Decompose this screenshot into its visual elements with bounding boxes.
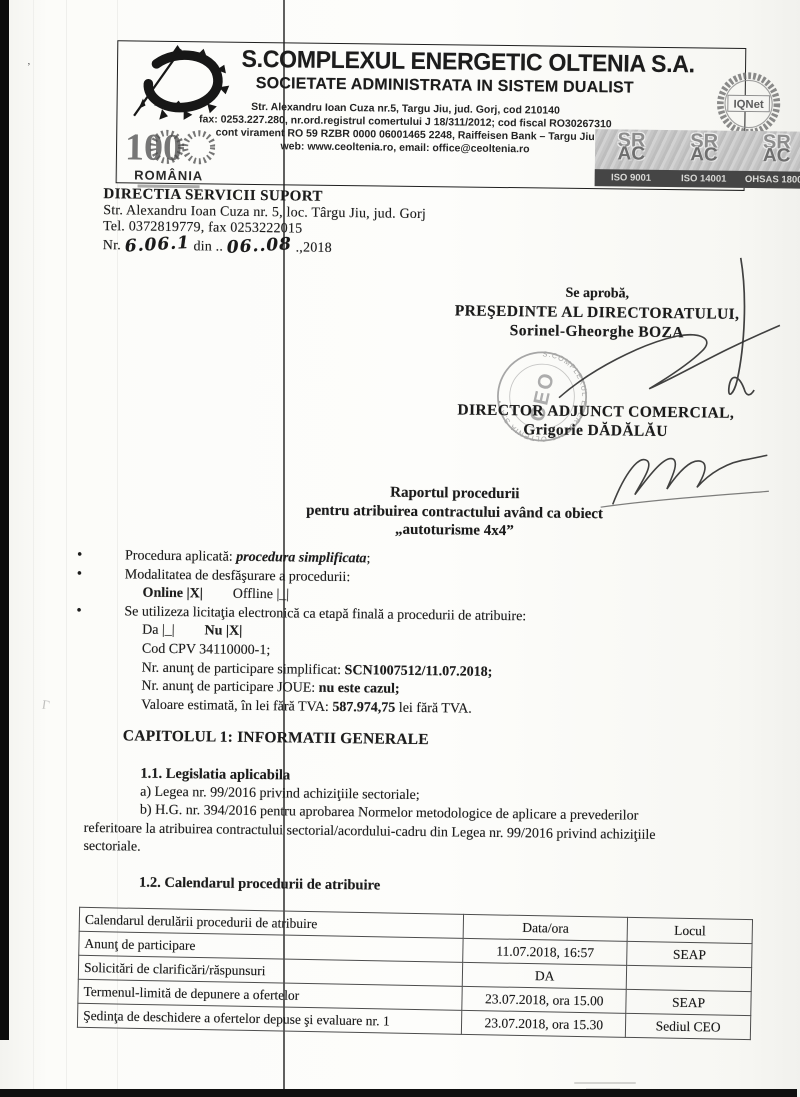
value-suffix: lei fără TVA. [395, 700, 472, 716]
approval-block-director: DIRECTOR ADJUNCT COMERCIAL, Grigorie DĂD… [416, 400, 776, 442]
table-cell: SEAP [626, 989, 751, 1015]
modality-label: Modalitatea de desfăşurare a procedurii: [125, 567, 351, 585]
letterhead-titles: S.COMPLEXUL ENERGETIC OLTENIA S.A. SOCIE… [233, 46, 658, 98]
table-cell: 23.07.2018, ora 15.00 [462, 986, 626, 1013]
nu-checkbox: Nu |X| [204, 624, 242, 639]
notice2-value: nu este cazul; [319, 681, 400, 697]
bullet-icon: • [76, 602, 81, 621]
procedure-label: Procedura aplicată: [125, 548, 236, 564]
table-cell: SEAP [627, 941, 752, 967]
handwritten-date: 06..08 [226, 236, 292, 256]
reg-prefix: Nr. [103, 238, 121, 253]
ohsas-18001-label: OHSAS 18001 [740, 171, 800, 189]
header-cell: Locul [627, 917, 752, 943]
iqnet-label: IQNet [733, 99, 764, 111]
registration-line: Nr. 6.06.1 din .. 06..08 .,2018 [103, 236, 426, 258]
online-checkbox: Online |X| [143, 586, 203, 602]
president-signature [541, 251, 793, 414]
scanned-document-page: ‚ Γ 100 [0, 0, 800, 1097]
value-amount: 587.974,75 [332, 700, 395, 716]
header-cell: Data/ora [463, 914, 627, 941]
document-title: Raportul procedurii pentru atribuirea co… [244, 482, 665, 543]
badge-ac: AC [595, 147, 668, 162]
chapter1-heading: CAPITOLUL 1: INFORMATII GENERALE [57, 727, 747, 754]
letterhead-address: Str. Alexandru Ioan Cuza nr.5, Targu Jiu… [155, 100, 656, 158]
procedure-suffix: ; [366, 551, 370, 566]
procedure-value: procedura simplificata [236, 550, 366, 567]
value-label: Valoare estimată, în lei fără TVA: [141, 697, 332, 714]
iso-labels-bar: ISO 9001 ISO 14001 OHSAS 18001 [595, 169, 800, 189]
calendar-table: Calendarul derulării procedurii de atrib… [77, 907, 753, 1040]
iqnet-badge-icon: IQNet [715, 71, 782, 138]
centenary-label: ROMÂNIA [121, 167, 217, 183]
reg-suffix: .,2018 [296, 240, 332, 255]
company-name: S.COMPLEXUL ENERGETIC OLTENIA S.A. [241, 46, 648, 79]
letterhead-box: 100 ROMÂNIA S.COMPLEXUL ENERGETIC OLTENI… [116, 40, 747, 191]
notice2-label: Nr. anunţ de participare JOUE: [141, 679, 318, 696]
table-cell: 23.07.2018, ora 15.30 [462, 1010, 626, 1037]
iso-14001-label: ISO 14001 [667, 170, 740, 188]
document-body: •Procedura aplicată: procedura simplific… [55, 547, 749, 900]
reg-mid: din .. [193, 239, 223, 254]
da-checkbox: Da |_| [142, 623, 175, 638]
department-block: DIRECTIA SERVICII SUPORT Str. Alexandru … [103, 186, 427, 258]
certification-badges-strip: SR AC SR AC SR AC ISO 9001 ISO 14001 OHS… [595, 129, 800, 189]
badge-ac: AC [668, 148, 741, 163]
section-1-2-title: 1.2. Calendarul procedurii de atribuire [55, 872, 745, 899]
handwritten-number: 6.06.1 [124, 234, 190, 254]
table-cell: Sediul CEO [626, 1013, 751, 1039]
company-subtitle: SOCIETATE ADMINISTRATA IN SISTEM DUALIST [233, 75, 657, 98]
notice1-label: Nr. anunţ de participare simplificat: [142, 660, 345, 677]
table-cell [626, 965, 751, 991]
table-cell: 11.07.2018, 16:57 [463, 938, 627, 965]
table-cell: DA [463, 962, 627, 989]
bullet-icon: • [77, 564, 82, 583]
offline-checkbox: Offline |_| [233, 587, 289, 603]
bullet-icon: • [77, 546, 82, 565]
iso-9001-label: ISO 9001 [595, 169, 668, 187]
notice1-value: SCN1007512/11.07.2018; [345, 663, 493, 680]
e-auction-label: Se utilizeza licitaţia electronică ca et… [124, 604, 526, 624]
